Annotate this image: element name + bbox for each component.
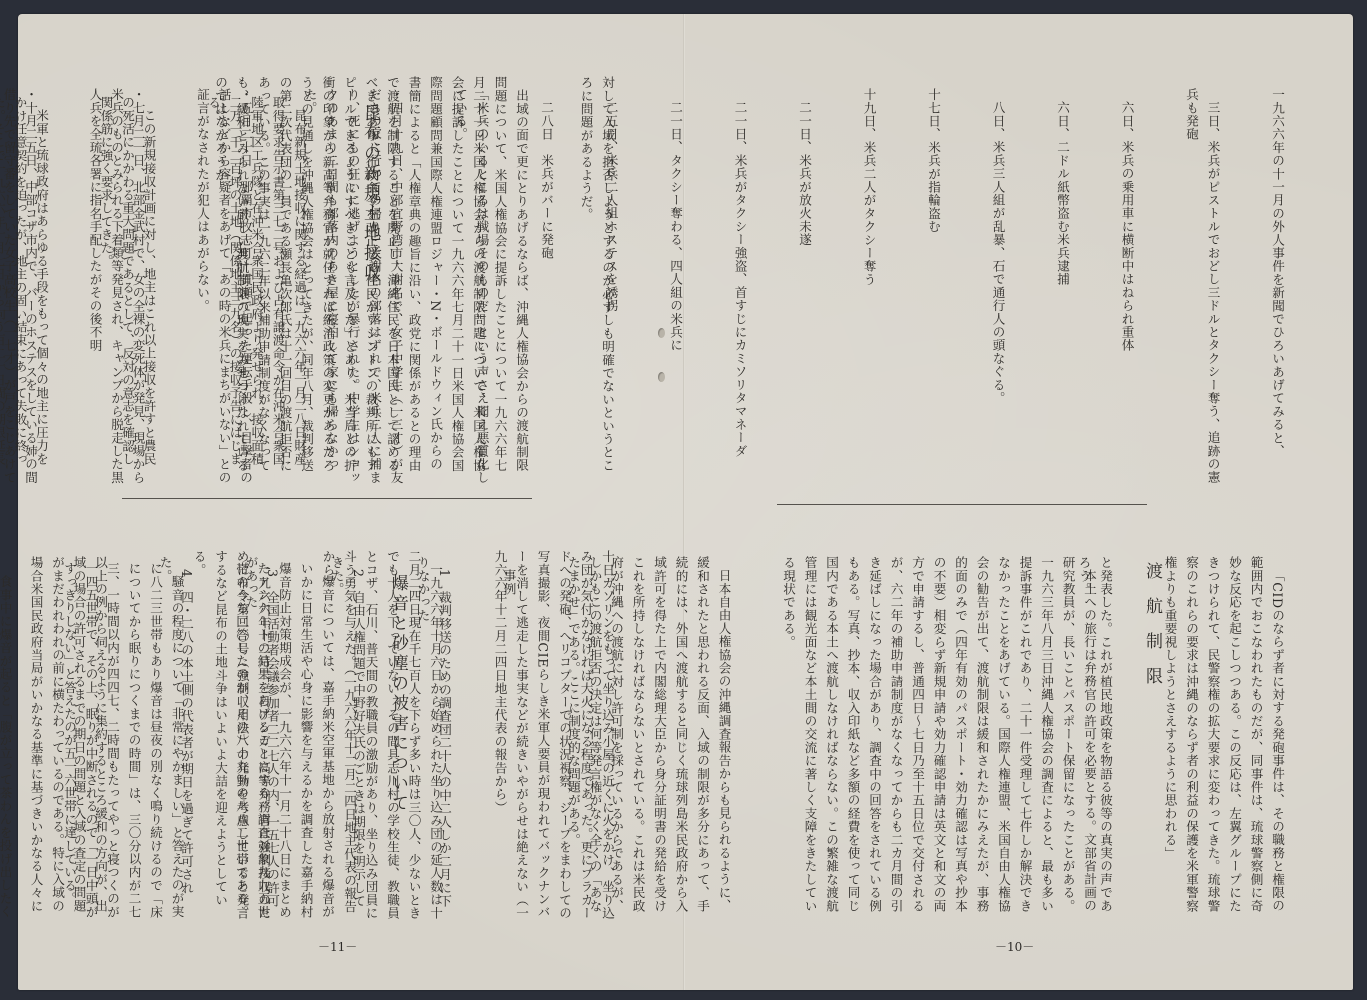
incident-item: 二一日、米兵が放火未遂 xyxy=(794,88,816,488)
section-heading-noise-damage: 爆音と砂塵の被害について xyxy=(386,574,411,814)
paragraph: この新規接収計画に対し、地主はこれ以上接収を許すと農民の死活にかかわる重大問題で… xyxy=(95,96,160,466)
incident-item: 十七日、米兵が指輪盗む xyxy=(923,88,945,488)
travel-appeal-block: 対して入域を拒否しようとするのか必ずしも明確でないというところに問題があるようだ… xyxy=(401,76,661,476)
land-seizure-body: 昆布新規土地接収に関する経過は一九六六年一月二八日財産取得要求告示書第三七二号お… xyxy=(43,96,353,466)
incident-item: 十九日、米兵二人がタクシー奪う xyxy=(858,88,880,488)
section-heading-land-seizure: 昆布の新規土地接収 xyxy=(358,104,383,284)
paragraph: 米軍と琉球政府はあらゆる手段をもって個々の地主に圧力をかけ任意契約を迫ったが、地… xyxy=(0,96,52,466)
section-heading-travel-restriction: 渡航制限 xyxy=(1140,562,1165,702)
section-divider xyxy=(777,504,1147,505)
paragraph: 十日ガソリンをもって坐り込み小屋の近くに火をかけ、坐り込み団が気付かなければ大火… xyxy=(489,550,618,920)
paragraph: 昆布新規土地接収に関する経過は一九六六年一月二八日財産取得要求告示書第三七二号お… xyxy=(203,96,311,466)
incident-item: 二一日、米兵がタクシー強盗、首すじにカミソリタマネーダ xyxy=(729,88,751,488)
incident-list-block: 一九六六年の十一月の外人事件を新聞でひろいあげてみると、 三日、米兵がピストルで… xyxy=(731,88,1331,488)
incident-item: 六日、二ドル紙幣盗む米兵逮捕 xyxy=(1052,88,1074,488)
noise-damage-body: 爆音については、嘉手納米空軍基地から放射される爆音がいかに日常生活や心身に影響を… xyxy=(51,562,381,922)
paragraph: 騒音の程度について「非常にやかましい」と答えたのが実に八二三世帯もあり爆音は昼夜… xyxy=(59,562,188,922)
paragraph: 一九六六年の十一月の外人事件を新聞でひろいあげてみると、 xyxy=(1267,88,1289,488)
paragraph: 本土への旅行は弁務官の許可を必要とする。文部省計画の研究教員が、長いことパスポー… xyxy=(778,556,1101,916)
morning-star-quote: 「CIDのならず者に対する発砲事件は、その職務と権限の範囲内でおこなわれたものだ… xyxy=(1181,556,1331,916)
travel-restriction-body: 本土への旅行は弁務官の許可を必要とする。文部省計画の研究教員が、長いことパスポー… xyxy=(703,556,1143,916)
page-11: 対して入域を拒否しようとするのか必ずしも明確でないというところに問題があるようだ… xyxy=(18,14,683,990)
incident-item: 三日、米兵がピストルでおどし三ドルとタクシー奪う、追跡の憲兵も発砲 xyxy=(1181,88,1224,488)
quote-paragraph: 「CIDのならず者に対する発砲事件は、その職務と権限の範囲内でおこなわれたものだ… xyxy=(1159,556,1288,916)
incident-item: 八日、米兵三人組が乱暴、石で通行人の頭なぐる。 xyxy=(987,88,1009,488)
paragraph: 対して入域を拒否しようとするのか必ずしも明確でないというところに問題があるようだ… xyxy=(575,76,618,476)
page-number: －11－ xyxy=(318,938,357,955)
section-divider xyxy=(122,498,532,499)
binding-hole xyxy=(658,328,665,338)
paragraph: 食事中に爆音が起ると「腹が立って茶わんを投げ出したくなる」のが三八九「かなり腹が… xyxy=(0,562,16,922)
page-number: －10－ xyxy=(995,938,1034,955)
sit-in-report-block: 十日ガソリンをもって坐り込み小屋の近くに火をかけ、坐り込み団が気付かなければ大火… xyxy=(431,550,661,920)
binding-hole xyxy=(658,372,665,382)
paragraph: 爆音については、嘉手納米空軍基地から放射される爆音がいかに日常生活や心身に影響を… xyxy=(231,562,339,922)
incident-item: 六日、米兵の乗用車に横断中はねられ重体 xyxy=(1116,88,1138,488)
page-10: 一九六六年の十一月の外人事件を新聞でひろいあげてみると、 三日、米兵がピストルで… xyxy=(685,14,1353,990)
